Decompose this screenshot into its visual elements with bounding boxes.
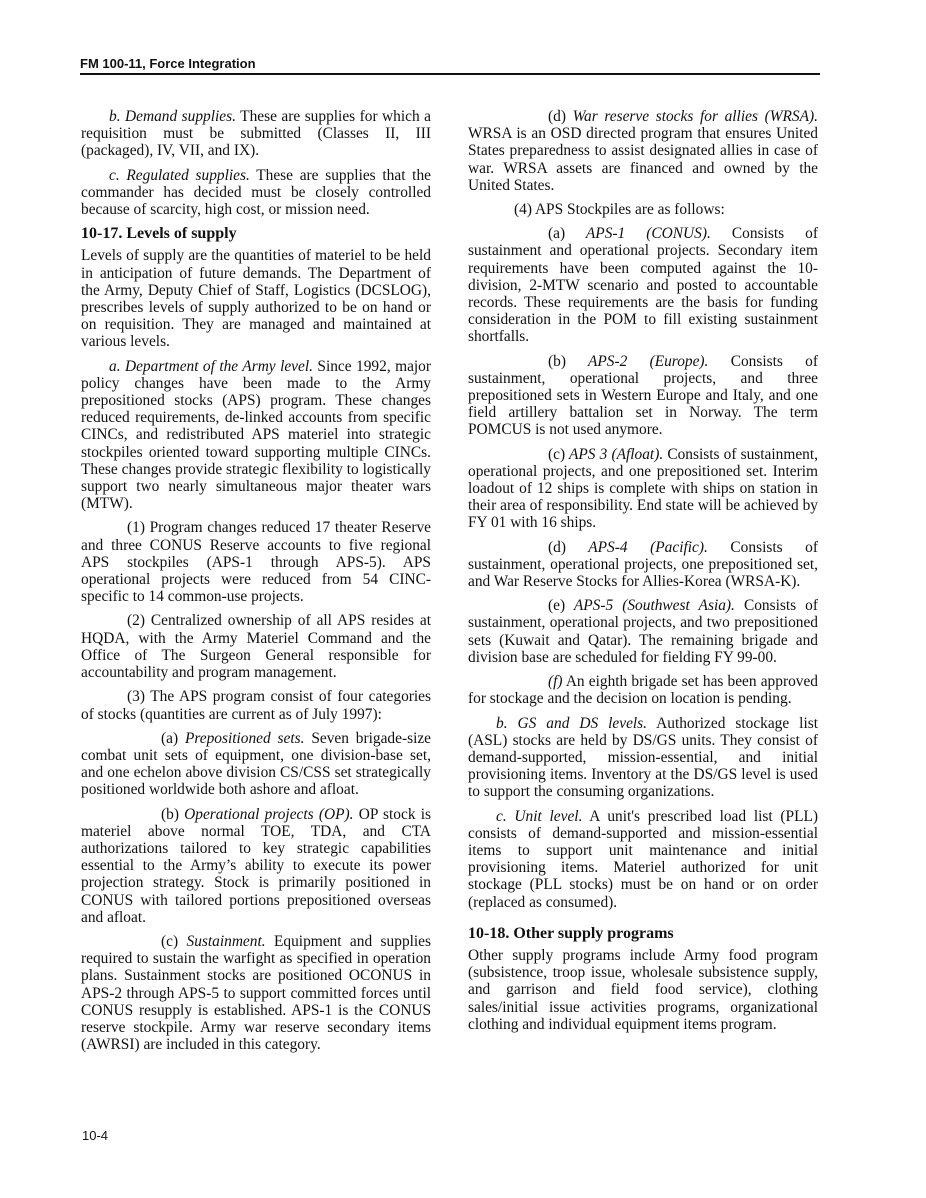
paragraph-lead: APS-5 (Southwest Asia). — [565, 597, 735, 614]
paragraph-marker: (a) — [548, 225, 565, 242]
paragraph-lead: Sustainment. — [178, 933, 266, 950]
paragraph-aps-3: (c) APS 3 (Afloat). Consists of sustainm… — [468, 446, 818, 532]
paragraph-lead: a. Department of the Army level. — [109, 358, 313, 375]
paragraph-levels-of-supply: Levels of supply are the quantities of m… — [81, 247, 431, 350]
paragraph-marker: (d) — [548, 539, 566, 556]
paragraph-demand-supplies: b. Demand supplies. These are supplies f… — [81, 108, 431, 160]
paragraph-text: OP stock is materiel above normal TOE, T… — [81, 806, 431, 926]
paragraph-marker: (b) — [161, 806, 179, 823]
paragraph-text: Other supply programs include Army food … — [468, 947, 818, 1033]
paragraph-marker: (a) — [161, 730, 178, 747]
paragraph-text: Levels of supply are the quantities of m… — [81, 247, 431, 350]
paragraph-other-supply-programs: Other supply programs include Army food … — [468, 947, 818, 1033]
paragraph-lead: c. Regulated supplies. — [109, 167, 250, 184]
paragraph-lead: APS-4 (Pacific). — [566, 539, 708, 556]
paragraph-lead: b. Demand supplies. — [109, 108, 236, 125]
paragraph-aps-categories: (3) The APS program consist of four cate… — [81, 688, 431, 722]
paragraph-operational-projects: (b) Operational projects (OP). OP stock … — [81, 806, 431, 926]
paragraph-text: Consists of sustainment and operational … — [468, 225, 818, 345]
paragraph-marker: (d) — [548, 108, 566, 125]
header-title: FM 100-11, Force Integration — [80, 56, 256, 71]
right-column: (d) War reserve stocks for allies (WRSA)… — [468, 108, 818, 1040]
paragraph-lead: War reserve stocks for allies (WRSA). — [566, 108, 818, 125]
paragraph-text: (4) APS Stockpiles are as follows: — [514, 201, 725, 218]
paragraph-lead: Operational projects (OP). — [179, 806, 354, 823]
paragraph-sustainment: (c) Sustainment. Equipment and supplies … — [81, 933, 431, 1053]
paragraph-marker: (e) — [548, 597, 565, 614]
paragraph-text: (2) Centralized ownership of all APS res… — [81, 612, 431, 681]
paragraph-aps-1: (a) APS-1 (CONUS). Consists of sustainme… — [468, 225, 818, 345]
paragraph-gs-ds-levels: b. GS and DS levels. Authorized stockage… — [468, 715, 818, 801]
paragraph-text: (1) Program changes reduced 17 theater R… — [81, 519, 431, 605]
paragraph-marker: (f) — [548, 673, 563, 690]
paragraph-text: (3) The APS program consist of four cate… — [81, 688, 431, 722]
paragraph-lead: APS-1 (CONUS). — [565, 225, 711, 242]
paragraph-wrsa: (d) War reserve stocks for allies (WRSA)… — [468, 108, 818, 194]
paragraph-aps-stockpiles: (4) APS Stockpiles are as follows: — [468, 201, 818, 218]
paragraph-program-changes: (1) Program changes reduced 17 theater R… — [81, 519, 431, 605]
paragraph-eighth-brigade: (f) An eighth brigade set has been appro… — [468, 673, 818, 707]
paragraph-marker: (c) — [161, 933, 178, 950]
paragraph-aps-5: (e) APS-5 (Southwest Asia). Consists of … — [468, 597, 818, 666]
paragraph-lead: b. GS and DS levels. — [496, 715, 647, 732]
section-heading-10-17: 10-17. Levels of supply — [81, 225, 431, 242]
paragraph-text: Since 1992, major policy changes have be… — [81, 358, 431, 513]
paragraph-lead: Prepositioned sets. — [178, 730, 304, 747]
paragraph-prepositioned-sets: (a) Prepositioned sets. Seven brigade-si… — [81, 730, 431, 799]
paragraph-text: An eighth brigade set has been approved … — [468, 673, 818, 707]
running-header: FM 100-11, Force Integration — [80, 56, 820, 75]
paragraph-marker: (b) — [548, 353, 566, 370]
paragraph-lead: APS 3 (Afloat). — [565, 446, 663, 463]
section-heading-10-18: 10-18. Other supply programs — [468, 925, 818, 942]
page-number: 10-4 — [82, 1128, 108, 1143]
paragraph-lead: APS-2 (Europe). — [566, 353, 708, 370]
paragraph-aps-2: (b) APS-2 (Europe). Consists of sustainm… — [468, 353, 818, 439]
paragraph-regulated-supplies: c. Regulated supplies. These are supplie… — [81, 167, 431, 219]
paragraph-text: WRSA is an OSD directed program that ens… — [468, 125, 818, 194]
paragraph-centralized-ownership: (2) Centralized ownership of all APS res… — [81, 612, 431, 681]
paragraph-unit-level: c. Unit level. A unit's prescribed load … — [468, 808, 818, 911]
paragraph-army-level: a. Department of the Army level. Since 1… — [81, 358, 431, 513]
left-column: b. Demand supplies. These are supplies f… — [81, 108, 431, 1060]
paragraph-lead: c. Unit level. — [496, 808, 582, 825]
paragraph-text: Equipment and supplies required to susta… — [81, 933, 431, 1053]
paragraph-marker: (c) — [548, 446, 565, 463]
paragraph-aps-4: (d) APS-4 (Pacific). Consists of sustain… — [468, 539, 818, 591]
